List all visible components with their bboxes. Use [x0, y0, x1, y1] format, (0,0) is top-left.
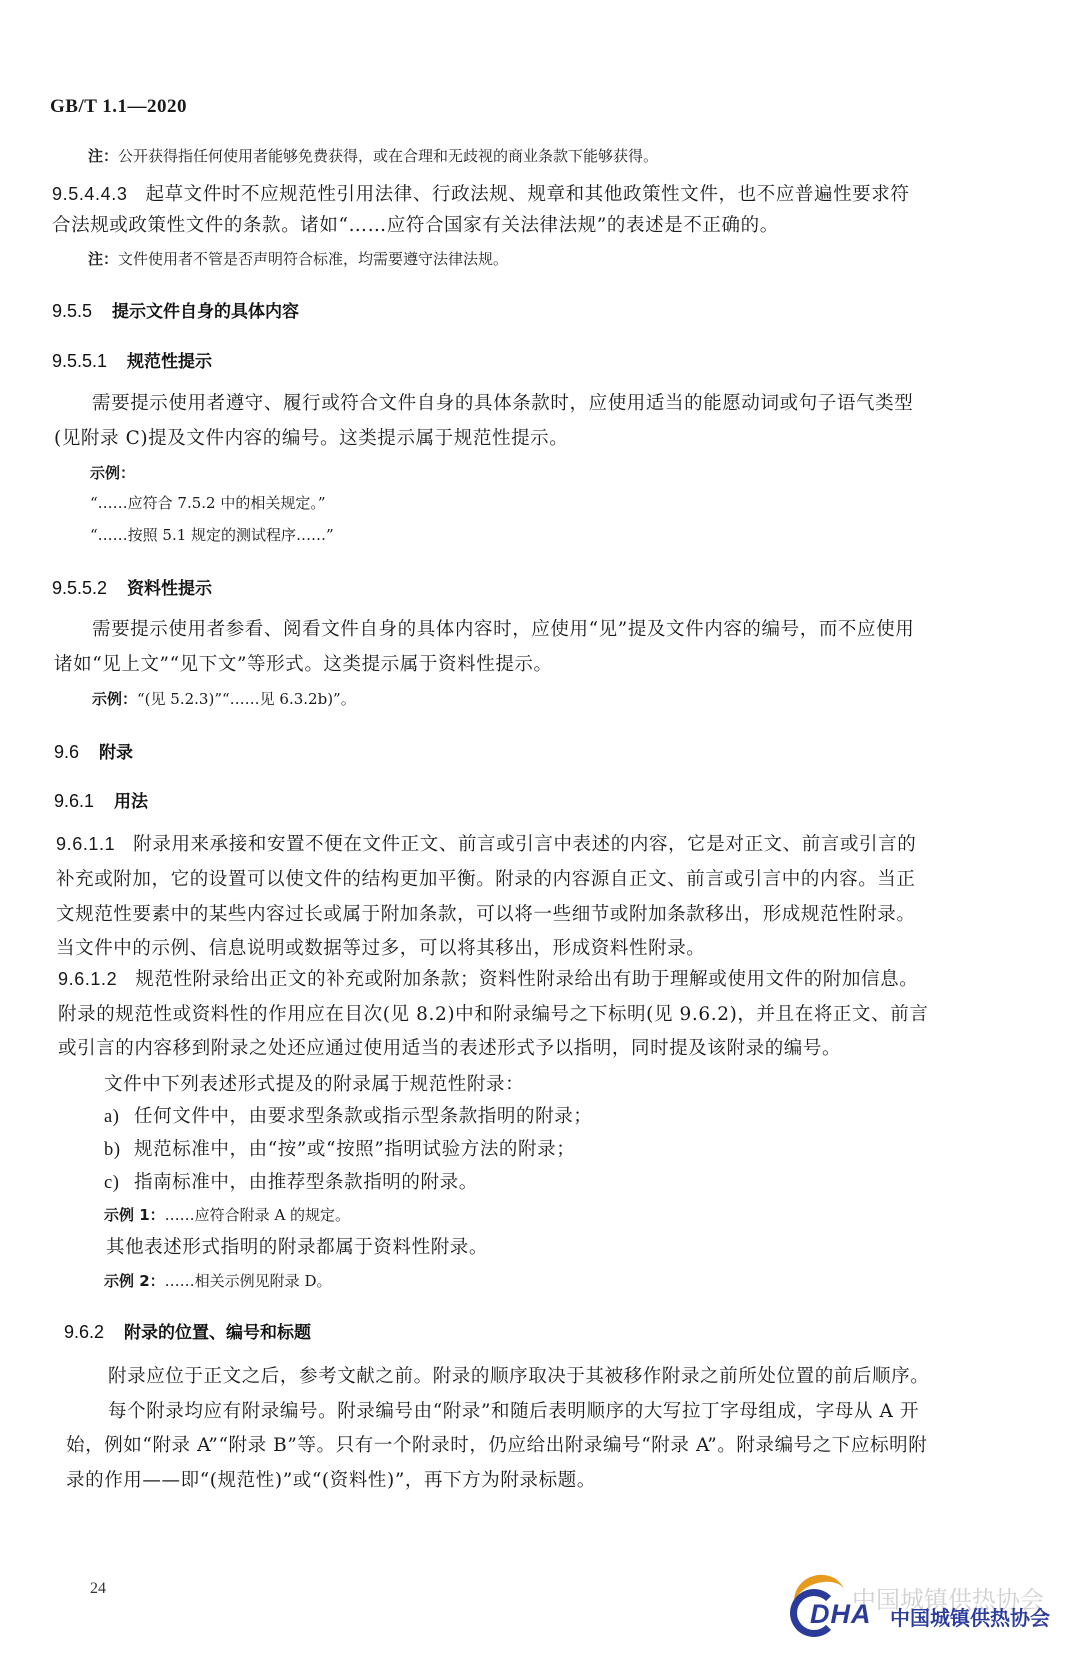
- example-label: 示例 2：: [104, 1272, 165, 1290]
- heading-title: 附录的位置、编号和标题: [124, 1323, 311, 1343]
- list-marker: c): [104, 1173, 134, 1194]
- note-text: 公开获得指任何使用者能够免费获得，或在合理和无歧视的商业条款下能够获得。: [118, 147, 658, 165]
- clause-number: 9.5.4.4.3: [52, 184, 127, 204]
- example-label: 示例：: [90, 462, 135, 483]
- heading-number: 9.6.1: [54, 791, 94, 812]
- clause-text-line: 附录的规范性或资料性的作用应在目次(见 8.2)中和附录编号之下标明(见 9.6…: [58, 1000, 928, 1026]
- heading-number: 9.6.2: [64, 1322, 104, 1343]
- example-label: 示例 1：: [104, 1206, 165, 1224]
- example-text: “(见 5.2.3)”“……见 6.3.2b)”。: [137, 690, 356, 708]
- note: 注：文件使用者不管是否声明符合标准，均需要遵守法律法规。: [88, 248, 508, 269]
- paragraph-line: 录的作用——即“(规范性)”或“(资料性)”，再下方为附录标题。: [66, 1466, 596, 1492]
- heading-number: 9.5.5.2: [52, 578, 107, 599]
- example: 示例 2：……相关示例见附录 D。: [104, 1270, 331, 1291]
- heading-number: 9.5.5: [52, 301, 92, 322]
- document-page: GB/T 1.1—2020 注：公开获得指任何使用者能够免费获得，或在合理和无歧…: [0, 0, 1080, 1654]
- clause-text-line: 起草文件时不应规范性引用法律、行政法规、规章和其他政策性文件，也不应普遍性要求符: [145, 184, 909, 205]
- heading-9-6-1: 9.6.1用法: [54, 787, 148, 812]
- list-item: c)指南标准中，由推荐型条款指明的附录。: [104, 1168, 478, 1194]
- clause-text-line: 当文件中的示例、信息说明或数据等过多，可以将其移出，形成资料性附录。: [56, 934, 705, 960]
- logo-org-name: 中国城镇供热协会: [890, 1602, 1050, 1631]
- clause-text-line: 规范性附录给出正文的补充或附加条款；资料性附录给出有助于理解或使用文件的附加信息…: [135, 969, 918, 990]
- heading-9-6-2: 9.6.2附录的位置、编号和标题: [64, 1318, 311, 1343]
- clause-text-line: 或引言的内容移到附录之处还应通过使用适当的表述形式予以指明，同时提及该附录的编号…: [58, 1034, 841, 1060]
- clause-text-line: 合法规或政策性文件的条款。诸如“……应符合国家有关法律法规”的表述是不正确的。: [52, 211, 779, 237]
- page-number: 24: [90, 1580, 106, 1598]
- heading-number: 9.5.5.1: [52, 351, 107, 372]
- example-text: ……应符合附录 A 的规定。: [165, 1206, 350, 1224]
- note-label: 注：: [88, 250, 118, 268]
- heading-title: 用法: [114, 792, 148, 812]
- paragraph-line: 需要提示使用者遵守、履行或符合文件自身的具体条款时，应使用适当的能愿动词或句子语…: [92, 389, 913, 415]
- heading-number: 9.6: [54, 742, 79, 763]
- paragraph-line: 需要提示使用者参看、阅看文件自身的具体内容时，应使用“见”提及文件内容的编号，而…: [92, 615, 914, 641]
- list-marker: b): [104, 1140, 134, 1161]
- clause-number: 9.6.1.1: [56, 834, 115, 854]
- list-text: 任何文件中，由要求型条款或指示型条款指明的附录；: [134, 1106, 592, 1127]
- clause-9-5-4-4-3: 9.5.4.4.3起草文件时不应规范性引用法律、行政法规、规章和其他政策性文件，…: [52, 180, 909, 206]
- clause-text-line: 补充或附加，它的设置可以使文件的结构更加平衡。附录的内容源自正文、前言或引言中的…: [56, 865, 916, 891]
- heading-title: 规范性提示: [127, 352, 212, 372]
- heading-title: 附录: [99, 743, 133, 763]
- paragraph-line: (见附录 C)提及文件内容的编号。这类提示属于规范性提示。: [54, 424, 568, 450]
- note-label: 注：: [88, 147, 118, 165]
- standard-code: GB/T 1.1—2020: [50, 96, 187, 118]
- note-text: 文件使用者不管是否声明符合标准，均需要遵守法律法规。: [118, 250, 508, 268]
- list-text: 规范标准中，由“按”或“按照”指明试验方法的附录；: [134, 1139, 575, 1160]
- list-marker: a): [104, 1107, 134, 1128]
- heading-9-6: 9.6附录: [54, 738, 133, 763]
- clause-9-6-1-2: 9.6.1.2规范性附录给出正文的补充或附加条款；资料性附录给出有助于理解或使用…: [58, 965, 918, 991]
- heading-title: 资料性提示: [127, 579, 212, 599]
- heading-9-5-5-2: 9.5.5.2资料性提示: [52, 574, 212, 599]
- heading-9-5-5: 9.5.5提示文件自身的具体内容: [52, 297, 299, 322]
- paragraph-line: 始，例如“附录 A”“附录 B”等。只有一个附录时，仍应给出附录编号“附录 A”…: [66, 1431, 927, 1457]
- list-text: 指南标准中，由推荐型条款指明的附录。: [134, 1172, 478, 1193]
- paragraph-line: 附录应位于正文之后，参考文献之前。附录的顺序取决于其被移作附录之前所处位置的前后…: [108, 1362, 929, 1388]
- example-label: 示例：: [92, 690, 137, 708]
- example-item: “……按照 5.1 规定的测试程序……”: [90, 524, 334, 545]
- example: 示例：“(见 5.2.3)”“……见 6.3.2b)”。: [92, 688, 356, 709]
- example-text: ……相关示例见附录 D。: [165, 1272, 332, 1290]
- clause-text-line: 文规范性要素中的某些内容过长或属于附加条款，可以将一些细节或附加条款移出，形成规…: [56, 900, 916, 926]
- clause-text-line: 附录用来承接和安置不便在文件正文、前言或引言中表述的内容，它是对正文、前言或引言…: [133, 834, 916, 855]
- example: 示例 1：……应符合附录 A 的规定。: [104, 1204, 350, 1225]
- paragraph-line: 诸如“见上文”“见下文”等形式。这类提示属于资料性提示。: [54, 650, 553, 676]
- list-item: b)规范标准中，由“按”或“按照”指明试验方法的附录；: [104, 1135, 575, 1161]
- heading-title: 提示文件自身的具体内容: [112, 302, 299, 322]
- list-item: a)任何文件中，由要求型条款或指示型条款指明的附录；: [104, 1102, 592, 1128]
- logo-abbr: DHA: [810, 1599, 872, 1630]
- clause-9-6-1-1: 9.6.1.1附录用来承接和安置不便在文件正文、前言或引言中表述的内容，它是对正…: [56, 830, 916, 856]
- watermark-logo: 中国城镇供热协会 DHA 中国城镇供热协会: [790, 1575, 1075, 1635]
- example-item: “……应符合 7.5.2 中的相关规定。”: [90, 492, 326, 513]
- list-intro: 文件中下列表述形式提及的附录属于规范性附录：: [104, 1070, 524, 1096]
- paragraph-line: 每个附录均应有附录编号。附录编号由“附录”和随后表明顺序的大写拉丁字母组成，字母…: [108, 1397, 919, 1423]
- clause-number: 9.6.1.2: [58, 969, 117, 989]
- heading-9-5-5-1: 9.5.5.1规范性提示: [52, 347, 212, 372]
- note: 注：公开获得指任何使用者能够免费获得，或在合理和无歧视的商业条款下能够获得。: [88, 145, 658, 166]
- paragraph-line: 其他表述形式指明的附录都属于资料性附录。: [106, 1233, 488, 1259]
